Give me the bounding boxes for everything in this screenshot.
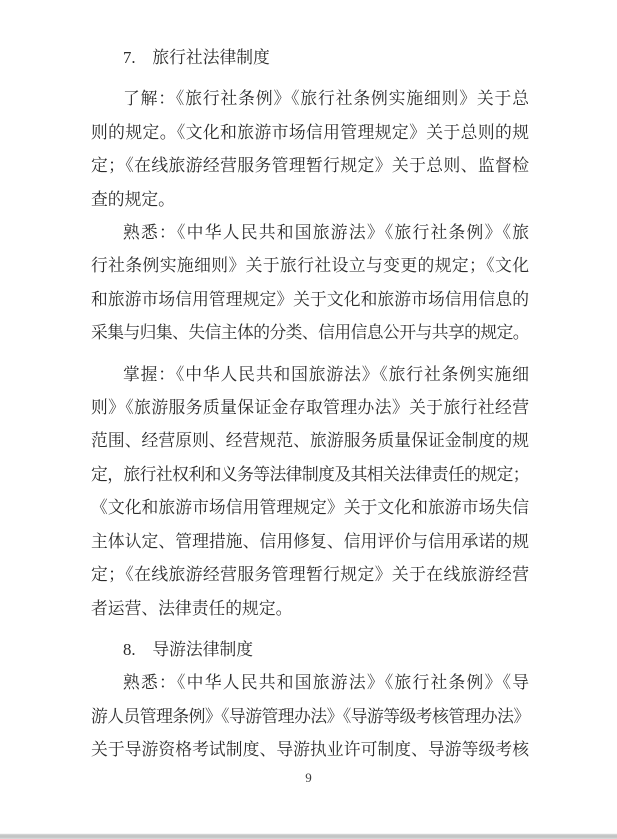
page-bottom-edge	[0, 832, 617, 839]
text-line: 则》《旅游服务质量保证金存取管理办法》关于旅行社经营	[91, 391, 529, 424]
document-page: 7. 旅行社法律制度 了解：《旅行社条例》《旅行社条例实施细则》关于总 则的规定…	[0, 0, 617, 839]
text-line: 《文化和旅游市场信用管理规定》关于文化和旅游市场失信	[91, 491, 529, 524]
text-line: 熟悉：《中华人民共和国旅游法》《旅行社条例》《旅	[91, 216, 529, 249]
text-line: 定；《在线旅游经营服务管理暂行规定》关于总则、监督检	[91, 149, 529, 182]
text-line: 范围、经营原则、经营规范、旅游服务质量保证金制度的规	[91, 424, 529, 457]
text-line: 熟悉：《中华人民共和国旅游法》《旅行社条例》《导	[91, 666, 529, 699]
text-line: 则的规定。《文化和旅游市场信用管理规定》关于总则的规	[91, 116, 529, 149]
text-line: 关于导游资格考试制度、导游执业许可制度、导游等级考核	[91, 733, 529, 766]
text-line: 了解：《旅行社条例》《旅行社条例实施细则》关于总	[91, 82, 529, 115]
text-line: 和旅游市场信用管理规定》关于文化和旅游市场信用信息的	[91, 283, 529, 316]
section-heading-7: 7. 旅行社法律制度	[91, 41, 529, 74]
page-number: 9	[0, 770, 617, 786]
text-line: 行社条例实施细则》关于旅行社设立与变更的规定；《文化	[91, 249, 529, 282]
text-block: 7. 旅行社法律制度 了解：《旅行社条例》《旅行社条例实施细则》关于总 则的规定…	[91, 0, 529, 767]
text-line: 者运营、法律责任的规定。	[91, 592, 529, 625]
text-line: 掌握：《中华人民共和国旅游法》《旅行社条例实施细	[91, 358, 529, 391]
text-line: 采集与归集、失信主体的分类、信用信息公开与共享的规定。	[91, 316, 529, 349]
text-line: 定；《在线旅游经营服务管理暂行规定》关于在线旅游经营	[91, 558, 529, 591]
text-line: 查的规定。	[91, 183, 529, 216]
text-line: 游人员管理条例》《导游管理办法》《导游等级考核管理办法》	[91, 700, 529, 733]
text-line: 主体认定、管理措施、信用修复、信用评价与信用承诺的规	[91, 525, 529, 558]
text-line: 定，旅行社权利和义务等法律制度及其相关法律责任的规定；	[91, 458, 529, 491]
section-heading-8: 8. 导游法律制度	[91, 633, 529, 666]
